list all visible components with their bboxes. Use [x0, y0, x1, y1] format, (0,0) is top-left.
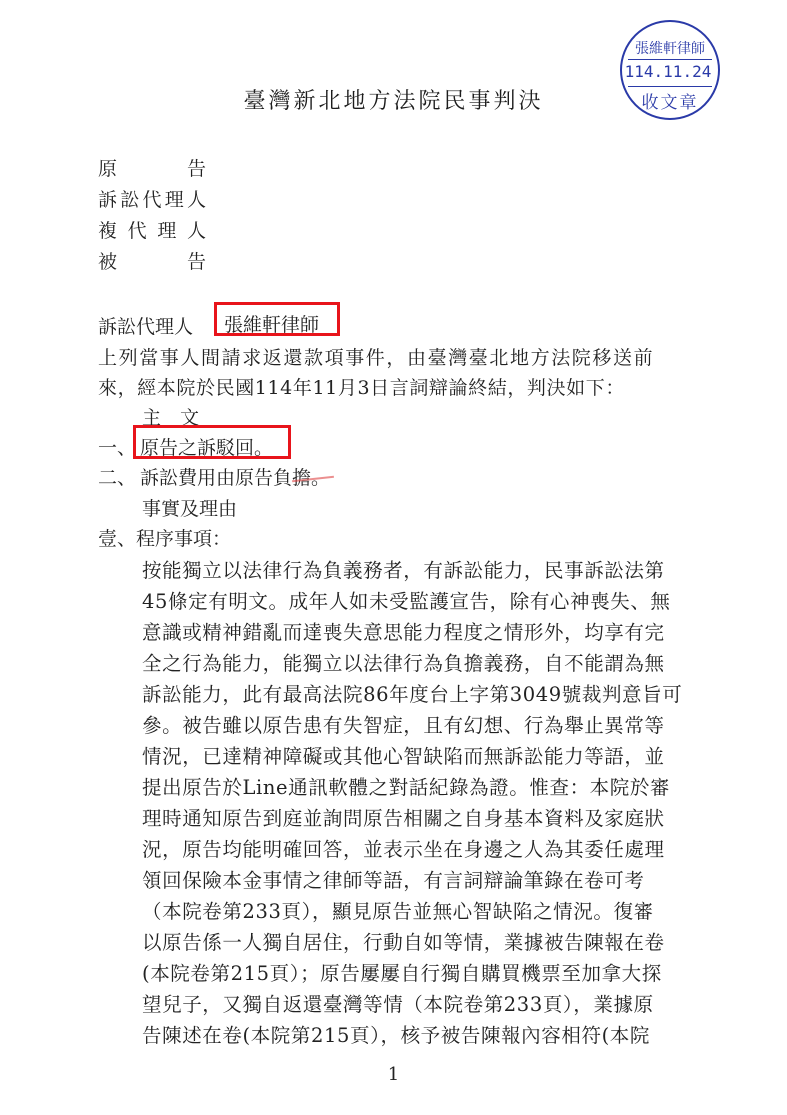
- paragraph-line: 領回保險本金事情之律師等語，有言詞辯論筆錄在卷可考: [142, 865, 645, 893]
- paragraph-line: 告陳述在卷(本院第215頁），核予被告陳報內容相符(本院: [142, 1020, 650, 1048]
- paragraph-line: 訴訟能力，此有最高法院86年度台上字第3049號裁判意旨可: [142, 679, 682, 707]
- document-title: 臺灣新北地方法院民事判決: [0, 84, 787, 115]
- paragraph-line: （本院卷第233頁），顯見原告並無心智缺陷之情況。復審: [142, 896, 654, 924]
- page-number: 1: [0, 1064, 787, 1085]
- intro-line: 上列當事人間請求返還款項事件，由臺灣臺北地方法院移送前: [98, 343, 654, 370]
- ruling-prefix: 二、: [98, 463, 136, 490]
- document-page: 張維軒律師 114.11.24 收文章 臺灣新北地方法院民事判決 原 告 訴 訟…: [0, 0, 787, 1115]
- paragraph-line: 情況，已達精神障礙或其他心智缺陷而無訴訟能力等語，並: [142, 741, 665, 769]
- intro-line: 來，經本院於民國114年11月3日言詞辯論終結，判決如下：: [98, 373, 625, 400]
- section-heading: 壹、程序事項：: [98, 524, 231, 551]
- party-label-char: 訴: [98, 185, 117, 212]
- paragraph-line: 全之行為能力，能獨立以法律行為負擔義務，自不能謂為無: [142, 648, 665, 676]
- paragraph-line: 提出原告於Line通訊軟體之對話紀錄為證。惟查：本院於審: [142, 772, 670, 800]
- party-label-char: 被: [98, 247, 117, 274]
- ruling-text: 原告之訴駁回。: [140, 433, 273, 460]
- party-label-char: 人: [187, 185, 206, 212]
- stamp-name: 張維軒律師: [622, 38, 718, 58]
- party-label-char: 理: [165, 185, 184, 212]
- party-label-char: 代: [128, 216, 147, 243]
- paragraph-line: 況，原告均能明確回答，並表示坐在身邊之人為其委任處理: [142, 834, 665, 862]
- paragraph-line: 理時通知原告到庭並詢問原告相關之自身基本資料及家庭狀: [142, 803, 665, 831]
- stamp-date: 114.11.24: [620, 62, 716, 81]
- party-label-char: 理: [157, 216, 176, 243]
- party-label-char: 訟: [120, 185, 139, 212]
- paragraph-line: (本院卷第215頁）；原告屢屢自行獨自購買機票至加拿大探: [142, 958, 662, 986]
- ruling-text: 訴訟費用由原告負擔。: [140, 463, 330, 490]
- facts-heading: 事實及理由: [142, 494, 237, 521]
- ruling-prefix: 一、: [98, 433, 136, 460]
- party-label-char: 告: [187, 247, 206, 274]
- stamp-divider: [628, 59, 712, 60]
- party-label-char: 告: [187, 154, 206, 181]
- paragraph-line: 45條定有明文。成年人如未受監護宣告，除有心神喪失、無: [142, 586, 671, 614]
- party-plaintiff: 原 告: [98, 154, 206, 181]
- party-defendant: 被 告: [98, 247, 206, 274]
- defendant-agent-label: 訴訟代理人: [98, 312, 193, 339]
- party-label-char: 人: [187, 216, 206, 243]
- party-plaintiff-agent: 訴 訟 代 理 人: [98, 185, 206, 212]
- paragraph-line: 望兒子，又獨自返還臺灣等情（本院卷第233頁），業據原: [142, 989, 654, 1017]
- party-label-char: 代: [142, 185, 161, 212]
- paragraph-line: 參。被告雖以原告患有失智症，且有幻想、行為舉止異常等: [142, 710, 665, 738]
- party-label-char: 複: [98, 216, 117, 243]
- paragraph-line: 意識或精神錯亂而達喪失意思能力程度之情形外，均享有完: [142, 617, 665, 645]
- paragraph-line: 以原告係一人獨自居住，行動自如等情，業據被告陳報在卷: [142, 927, 665, 955]
- party-label-char: 原: [98, 154, 117, 181]
- defendant-agent-name: 張維軒律師: [224, 310, 319, 337]
- paragraph-line: 按能獨立以法律行為負義務者，有訴訟能力，民事訴訟法第: [142, 555, 665, 583]
- party-sub-agent: 複 代 理 人: [98, 216, 206, 243]
